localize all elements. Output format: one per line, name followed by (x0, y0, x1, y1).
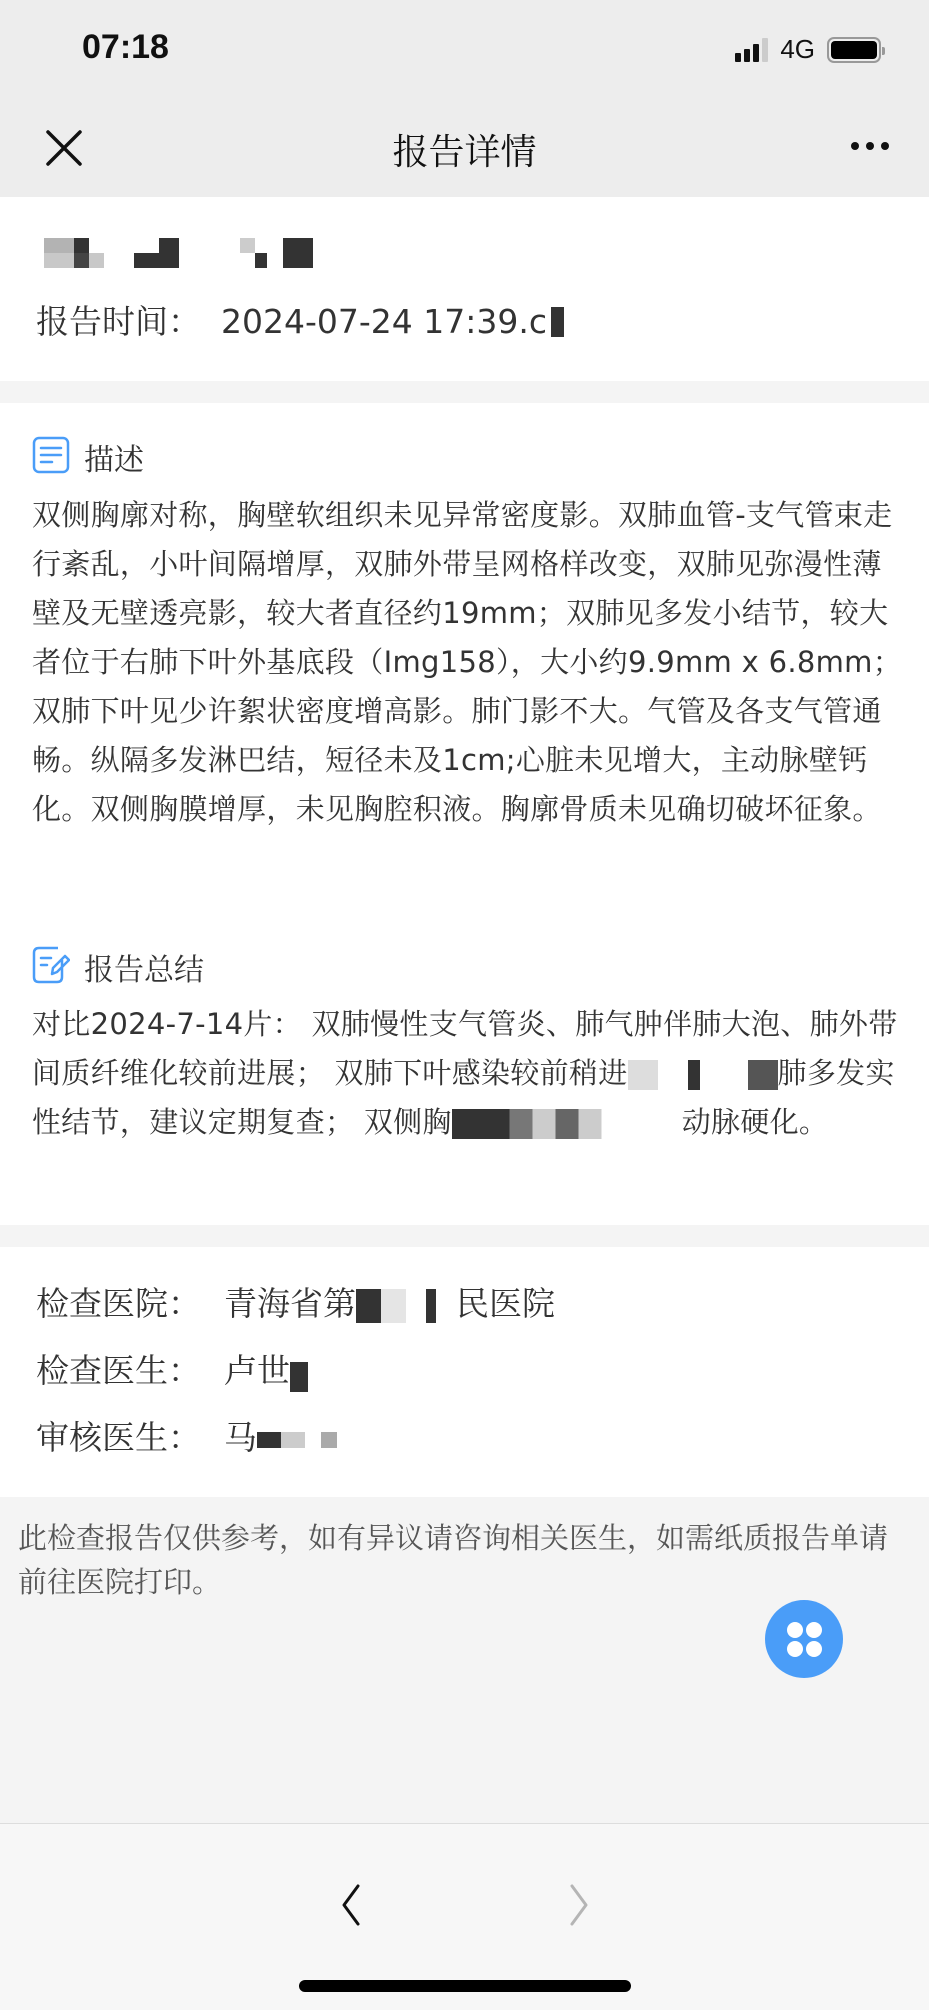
reviewer-row: 审核医生：马 (36, 1412, 337, 1459)
reviewer-label: 审核医生： (36, 1412, 224, 1459)
battery-icon (827, 37, 881, 63)
doctor-value: 卢世 (224, 1351, 290, 1390)
status-icons: 4G (735, 34, 881, 65)
doctor-row: 检查医生：卢世 (36, 1345, 308, 1392)
description-text: 双侧胸廓对称，胸壁软组织未见异常密度影。双肺血管-支气管束走行紊乱，小叶间隔增厚… (32, 491, 902, 834)
chevron-left-icon[interactable] (330, 1880, 370, 1930)
redacted-block (628, 1060, 778, 1090)
description-title: 描述 (84, 435, 144, 479)
summary-header: 报告总结 (32, 945, 204, 989)
report-header-card (0, 197, 929, 381)
redacted-block (452, 1109, 682, 1139)
home-indicator (299, 1980, 631, 1992)
report-time: 报告时间：2024-07-24 17:39.c (36, 296, 564, 343)
summary-text: 对比2024-7-14片： 双肺慢性支气管炎、肺气肿伴肺大泡、肺外带间质纤维化较… (32, 1000, 902, 1147)
report-time-value: 2024-07-24 17:39.c (221, 302, 547, 341)
floating-menu-button[interactable] (765, 1600, 843, 1678)
summary-text-part3: 动脉硬化。 (682, 1105, 829, 1139)
reviewer-value: 马 (224, 1418, 257, 1457)
hospital-row: 检查医院：青海省第民医院 (36, 1278, 555, 1325)
summary-title: 报告总结 (84, 945, 204, 989)
redacted-block (257, 1432, 337, 1448)
network-type: 4G (780, 34, 815, 65)
disclaimer-text: 此检查报告仅供参考，如有异议请咨询相关医生，如需纸质报告单请前往医院打印。 (18, 1516, 908, 1604)
status-time: 07:18 (82, 28, 169, 67)
nav-bar: 报告详情 (0, 100, 929, 197)
chevron-right-icon[interactable] (560, 1880, 600, 1930)
signal-icon (735, 38, 768, 62)
description-header: 描述 (32, 435, 144, 479)
redacted-block (356, 1289, 456, 1323)
document-lines-icon (32, 436, 70, 478)
more-icon[interactable] (851, 142, 889, 150)
hospital-value-a: 青海省第 (224, 1284, 356, 1323)
edit-note-icon (32, 946, 70, 988)
redacted-block (290, 1362, 308, 1392)
hospital-label: 检查医院： (36, 1278, 224, 1325)
doctor-label: 检查医生： (36, 1345, 224, 1392)
hospital-value-b: 民医院 (456, 1284, 555, 1323)
clover-menu-icon (787, 1622, 822, 1657)
report-time-label: 报告时间： (36, 302, 201, 341)
status-bar: 07:18 4G (0, 0, 929, 100)
page-title: 报告详情 (0, 124, 929, 175)
